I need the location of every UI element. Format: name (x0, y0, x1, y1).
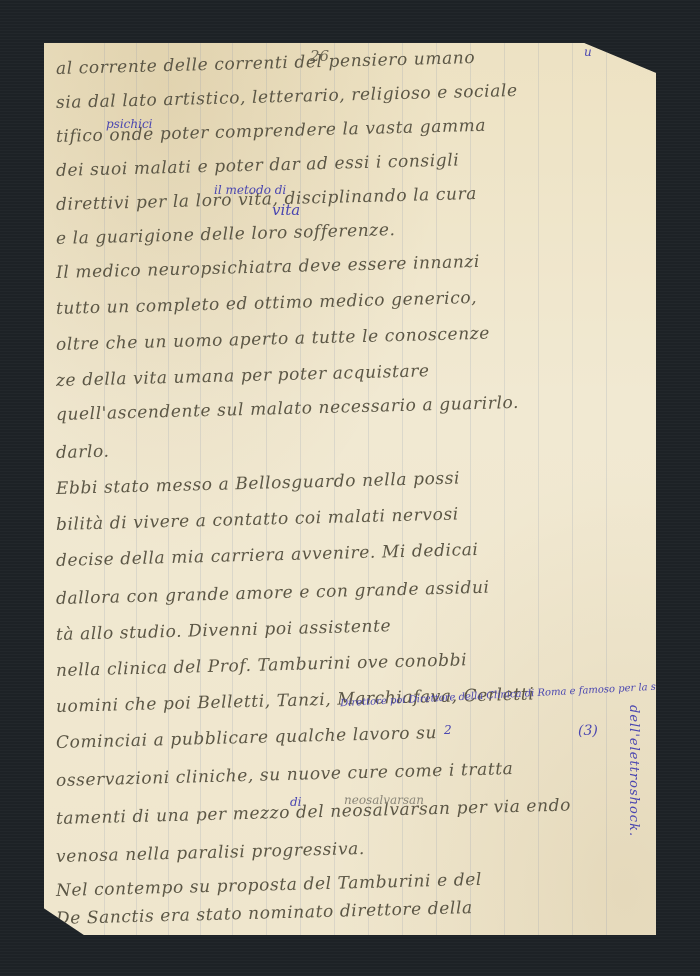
annotation: 2 (444, 723, 452, 737)
annotation: (3) (578, 723, 598, 739)
text-line: De Sanctis era stato nominato direttore … (56, 894, 636, 929)
text-line: darlo. (56, 428, 636, 463)
margin-annotation: dell'elettroshock. (626, 705, 641, 837)
text-line: ze della vita umana per poter acquistare (56, 356, 636, 391)
annotation: vita (272, 201, 300, 219)
text-line: dallora con grande amore e con grande as… (56, 574, 636, 609)
text-line: osservazioni cliniche, su nuove cure com… (56, 756, 636, 791)
annotation: u (584, 45, 592, 59)
text-line: quell'ascendente sul malato necessario a… (56, 390, 636, 425)
text-line: sia dal lato artistico, letterario, reli… (56, 78, 636, 113)
text-line: decise della mia carriera avvenire. Mi d… (56, 536, 636, 571)
text-line: venosa nella paralisi progressiva. (56, 832, 636, 867)
text-line: Il medico neuropsichiatra deve essere in… (56, 248, 636, 283)
manuscript-page: 26 al corrente delle correnti del pensie… (44, 43, 656, 935)
text-line: Ebbi stato messo a Bellosguardo nella po… (56, 464, 636, 499)
text-line: bilità di vivere a contatto coi malati n… (56, 500, 636, 535)
annotation: il metodo di (214, 183, 286, 197)
text-line: dei suoi malati e poter dar ad essi i co… (56, 146, 636, 181)
text-line: e la guarigione delle loro sofferenze. (56, 214, 636, 249)
text-line: nella clinica del Prof. Tamburini ove co… (56, 646, 636, 681)
text-line: al corrente delle correnti del pensiero … (56, 44, 636, 79)
text-line: tutto un completo ed ottimo medico gener… (56, 284, 636, 319)
annotation: neosalvarsan (344, 793, 424, 807)
text-line: direttivi per la loro vita, disciplinand… (56, 180, 636, 215)
annotation: psichici (106, 117, 153, 131)
text-line: Cominciai a pubblicare qualche lavoro su (56, 718, 636, 753)
text-line: oltre che un uomo aperto a tutte le cono… (56, 320, 636, 355)
annotation: di (290, 795, 302, 809)
text-line: tà allo studio. Divenni poi assistente (56, 610, 636, 645)
